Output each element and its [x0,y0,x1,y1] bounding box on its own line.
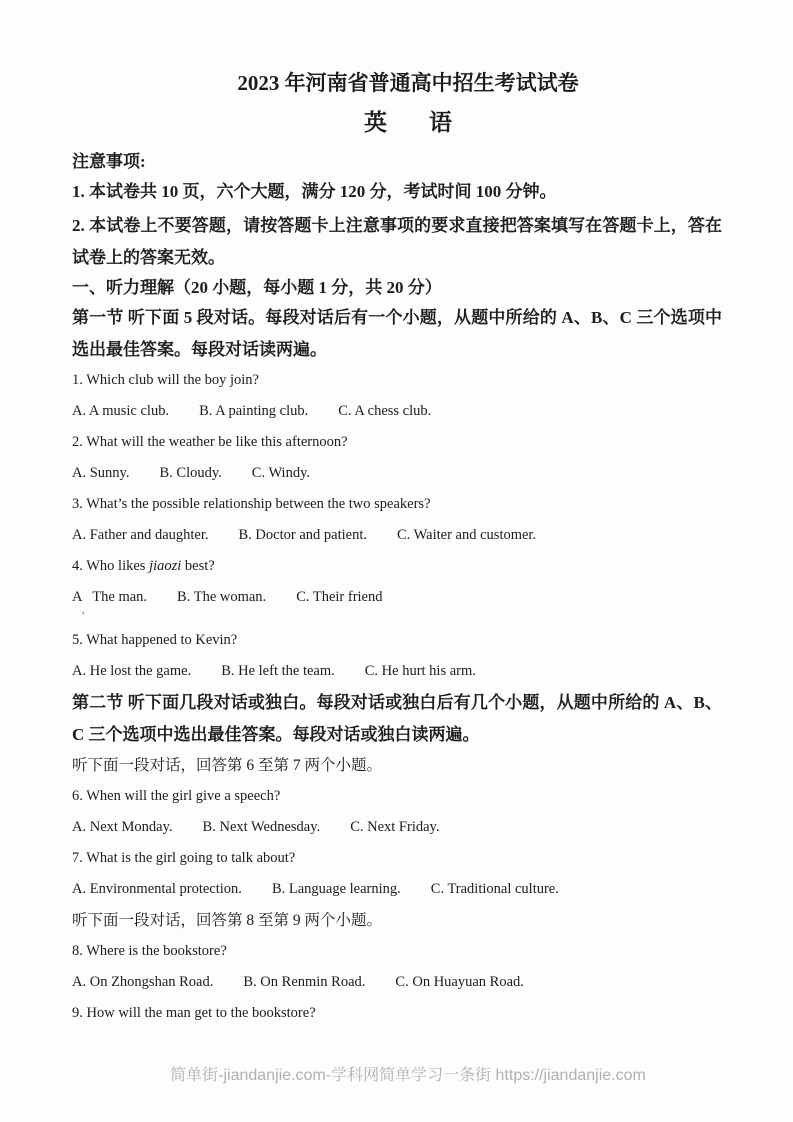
option-a: A. A music club. [72,403,169,420]
option-c: C. On Huayuan Road. [395,974,523,991]
option-c: C. He hurt his arm. [365,663,476,680]
subject-char-1: 英 [364,106,387,140]
question-8-options: A. On Zhongshan Road. B. On Renmin Road.… [72,974,744,991]
option-a: A. On Zhongshan Road. [72,974,213,991]
option-a: A. Next Monday. [72,819,173,836]
question-4-prefix: 4. Who likes [72,558,149,574]
question-6: 6. When will the girl give a speech? [72,788,744,805]
footer-watermark: 简单街-jiandanjie.com-学科网简单学习一条街 https://ji… [0,1064,793,1088]
notice-heading: 注意事项: [72,150,744,174]
option-c: C. Traditional culture. [431,881,559,898]
option-c: C. A chess club. [338,403,431,420]
exam-content: 2023 年河南省普通高中招生考试试卷 英 语 注意事项: 1. 本试卷共 10… [0,68,793,1022]
option-b: B. Cloudy. [159,465,221,482]
option-c: C. Their friend [296,589,382,606]
option-b: B. Language learning. [272,881,401,898]
option-a: A. He lost the game. [72,663,191,680]
option-b: B. On Renmin Road. [243,974,365,991]
question-1-options: A. A music club. B. A painting club. C. … [72,403,744,420]
exam-paper-page: 2023 年河南省普通高中招生考试试卷 英 语 注意事项: 1. 本试卷共 10… [0,0,793,1122]
question-1: 1. Which club will the boy join? [72,372,744,389]
question-7: 7. What is the girl going to talk about? [72,850,744,867]
notice-item-2: 2. 本试卷上不要答题，请按答题卡上注意事项的要求直接把答案填写在答题卡上，答在… [72,210,722,274]
option-b: B. Next Wednesday. [203,819,321,836]
option-b: B. He left the team. [221,663,335,680]
question-4-options: A The man. B. The woman. C. Their friend… [72,589,744,606]
question-3-options: A. Father and daughter. B. Doctor and pa… [72,527,744,544]
question-6-options: A. Next Monday. B. Next Wednesday. C. Ne… [72,819,744,836]
option-b: B. Doctor and patient. [239,527,367,544]
section-1-heading: 一、听力理解（20 小题，每小题 1 分，共 20 分） [72,276,744,300]
question-4-suffix: best? [181,558,214,574]
option-a: A. Father and daughter. [72,527,209,544]
question-3: 3. What’s the possible relationship betw… [72,496,744,513]
subject-title: 英 语 [72,106,744,140]
option-c: C. Waiter and customer. [397,527,536,544]
question-2: 2. What will the weather be like this af… [72,434,744,451]
option-a: A. Sunny. [72,465,129,482]
subject-char-2: 语 [429,106,452,140]
dialog-hint-6-7: 听下面一段对话，回答第 6 至第 7 两个小题。 [72,757,744,775]
notice-item-1: 1. 本试卷共 10 页，六个大题，满分 120 分，考试时间 100 分钟。 [72,180,744,204]
part-2-instructions: 第二节 听下面几段对话或独白。每段对话或独白后有几个小题，从题中所给的 A、B、… [72,687,722,751]
question-4-italic-word: jiaozi [149,558,181,574]
page-title: 2023 年河南省普通高中招生考试试卷 [72,68,744,98]
question-2-options: A. Sunny. B. Cloudy. C. Windy. [72,465,744,482]
option-a: A. Environmental protection. [72,881,242,898]
question-8: 8. Where is the bookstore? [72,943,744,960]
question-7-options: A. Environmental protection. B. Language… [72,881,744,898]
part-1-instructions: 第一节 听下面 5 段对话。每段对话后有一个小题，从题中所给的 A、B、C 三个… [72,302,722,366]
question-5-options: A. He lost the game. B. He left the team… [72,663,744,680]
option-c: C. Windy. [252,465,310,482]
question-5: 5. What happened to Kevin? [72,632,744,649]
option-c: C. Next Friday. [350,819,439,836]
question-4: 4. Who likes jiaozi best? [72,558,744,575]
option-a: A The man. [72,589,147,606]
ink-speck: , [82,606,85,616]
question-9: 9. How will the man get to the bookstore… [72,1005,744,1022]
option-b: B. A painting club. [199,403,308,420]
option-b: B. The woman. [177,589,266,606]
dialog-hint-8-9: 听下面一段对话，回答第 8 至第 9 两个小题。 [72,912,744,930]
